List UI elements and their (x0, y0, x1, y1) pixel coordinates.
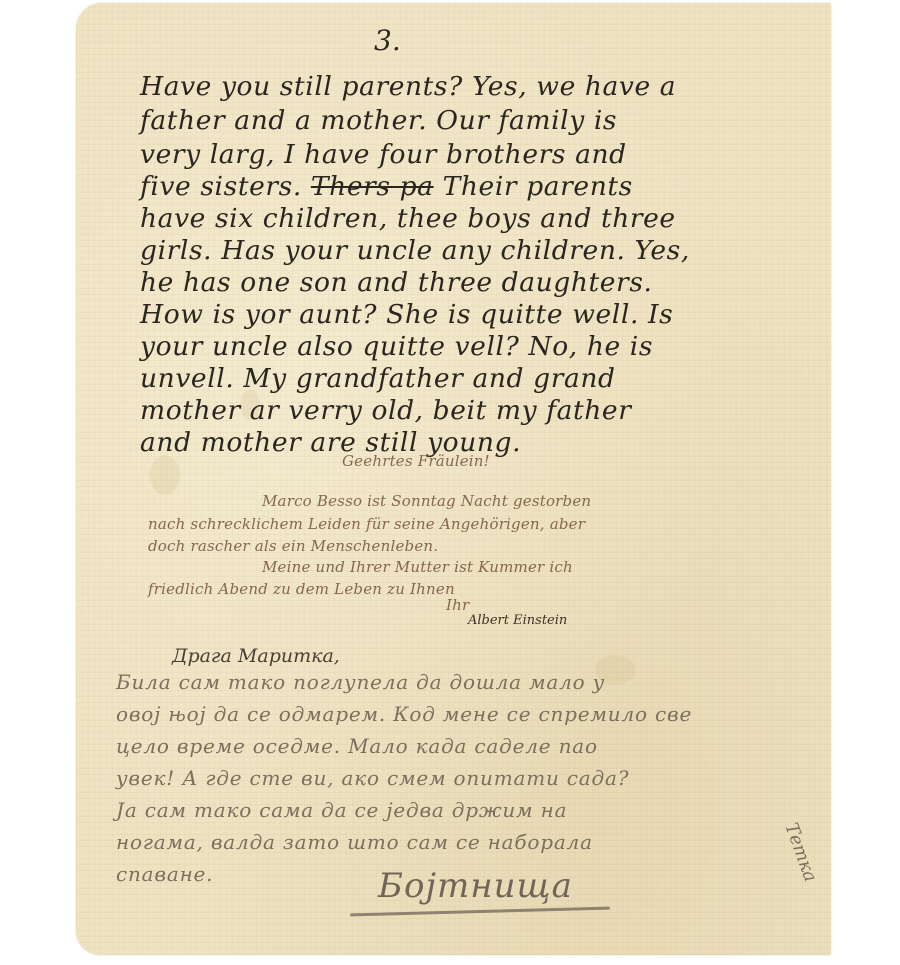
german-line: doch rascher als ein Menschenleben. (148, 537, 438, 555)
page-number: 3. (374, 24, 401, 57)
serbian-line: спаване. (116, 862, 213, 886)
english-line: your uncle also quitte vell? No, he is (140, 331, 653, 362)
english-line: How is yor aunt? She is quitte well. Is (140, 299, 673, 330)
english-line: unvell. My grandfather and grand (140, 363, 616, 394)
serbian-line: ногама, валда зато што сам се наборала (116, 830, 593, 854)
paper-stain (150, 455, 180, 495)
serbian-line: овој њој да се одмарем. Код мене се спре… (116, 702, 692, 726)
english-text: five sisters. (140, 171, 311, 202)
german-greeting: Geehrtes Fräulein! (342, 452, 490, 470)
english-line: very larg, I have four brothers and (140, 139, 627, 170)
german-closing: Ihr (446, 596, 469, 614)
serbian-line: цело време оседме. Мало када саделе пао (116, 734, 598, 758)
english-line: have six children, thee boys and three (140, 203, 676, 234)
english-line: father and a mother. Our family is (140, 105, 617, 136)
english-line: Have you still parents? Yes, we have a (140, 71, 676, 102)
serbian-line: увек! А где сте ви, ако смем опитати сад… (116, 766, 629, 790)
serbian-greeting: Драга Маритка, (172, 645, 340, 667)
german-line: Marco Besso ist Sonntag Nacht gestorben (262, 492, 591, 510)
serbian-line: Била сам тако поглупела да дошла мало у (116, 670, 605, 694)
english-line: he has one son and three daughters. (140, 267, 653, 298)
german-line: nach schrecklichem Leiden für seine Ange… (148, 515, 585, 533)
english-line: mother ar verry old, beit my father (140, 395, 631, 426)
struck-out-text: Thers pa (311, 171, 434, 202)
english-text: Their parents (434, 171, 633, 202)
serbian-line: Ја сам тако сама да се једва држим на (116, 798, 567, 822)
german-line: friedlich Abend zu dem Leben zu Ihnen (148, 580, 455, 598)
english-line: girls. Has your uncle any children. Yes, (140, 235, 690, 266)
english-line: five sisters. Thers pa Their parents (140, 171, 633, 202)
german-line: Meine und Ihrer Mutter ist Kummer ich (262, 558, 573, 576)
serbian-signature: Бојтнища (378, 866, 573, 906)
einstein-signature: Albert Einstein (468, 613, 567, 628)
